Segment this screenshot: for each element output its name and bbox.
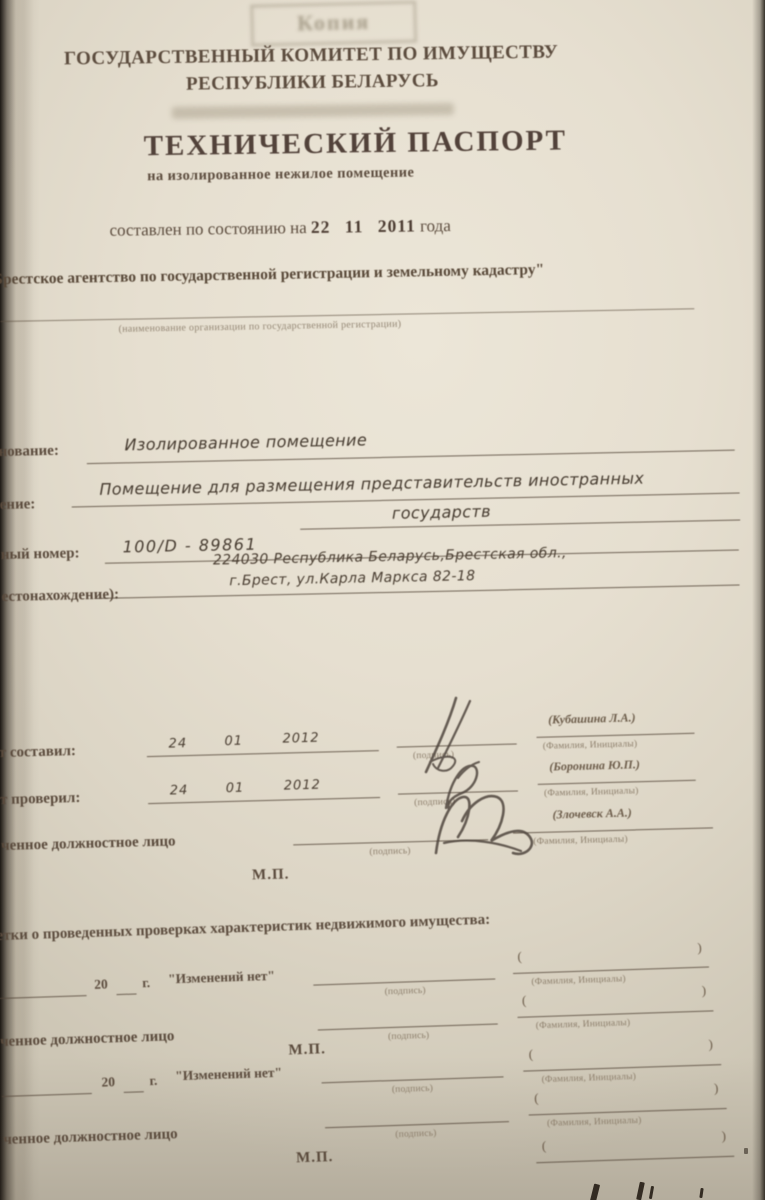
check1-year-prefix: 20 (94, 976, 108, 992)
check1-paren-open: ( (517, 949, 522, 965)
document-photo: Копия ГОСУДАРСТВЕННЫЙ КОМИТЕТ ПО ИМУЩЕСТ… (0, 0, 765, 1200)
check2-official-paren-open: ( (534, 1090, 539, 1106)
check1-paren-close: ) (697, 940, 702, 956)
check2-no-changes: "Изменений нет" (175, 1065, 282, 1085)
checks-section: етки о проведенных проверках характерист… (0, 0, 765, 1200)
check2-official-name-caption: (Фамилия, Инициалы) (547, 1116, 642, 1129)
check1-year-midline (117, 993, 137, 995)
check2-extra-paren-open: ( (542, 1138, 547, 1154)
check1-signature-line (313, 979, 495, 986)
cutoff-text-mark (744, 1148, 748, 1154)
check2-year-midline (124, 1091, 144, 1093)
check2-name-line (523, 1064, 721, 1072)
check2-official-paren-close: ) (714, 1080, 719, 1096)
check1-official-signature-caption: (подпись) (388, 1031, 430, 1042)
check2-official-label: ченное должностное лицо (3, 1126, 178, 1149)
check1-signature-caption: (подпись) (384, 986, 426, 997)
check2-name-caption: (Фамилия, Инициалы) (541, 1072, 636, 1085)
check1-official-label: ченное должностное лицо (0, 1028, 175, 1051)
check2-extra-paren-close: ) (721, 1128, 726, 1144)
check1-name-caption: (Фамилия, Инициалы) (531, 974, 626, 987)
check1-official-name-caption: (Фамилия, Инициалы) (536, 1018, 631, 1031)
check1-official-signature-line (318, 1023, 498, 1030)
check2-official-name-line (529, 1108, 727, 1116)
document-page: Копия ГОСУДАРСТВЕННЫЙ КОМИТЕТ ПО ИМУЩЕСТ… (0, 0, 765, 1200)
check1-name-line (513, 966, 709, 973)
check2-extra-name-line (536, 1156, 734, 1164)
check2-year-suffix: г. (149, 1073, 158, 1089)
stamp-place-mark-2: М.П. (288, 1041, 326, 1059)
check1-official-paren-open: ( (522, 993, 527, 1009)
check1-official-paren-close: ) (701, 983, 706, 999)
check2-year-prefix: 20 (101, 1074, 115, 1090)
check2-signature-caption: (подпись) (392, 1084, 434, 1095)
check1-year-suffix: г. (142, 975, 151, 991)
check2-year-preline (2, 1093, 92, 1097)
checks-heading: етки о проведенных проверках характерист… (0, 912, 490, 945)
check2-signature-line (322, 1076, 504, 1083)
check1-year-preline (0, 995, 87, 999)
check2-paren-open: ( (529, 1046, 534, 1062)
check2-paren-close: ) (708, 1036, 713, 1052)
stamp-place-mark-3: М.П. (296, 1149, 334, 1167)
check2-official-signature-line (325, 1121, 509, 1128)
check2-official-signature-caption: (подпись) (395, 1129, 437, 1140)
check1-official-name-line (518, 1010, 714, 1017)
check1-no-changes: "Изменений нет" (168, 968, 275, 988)
